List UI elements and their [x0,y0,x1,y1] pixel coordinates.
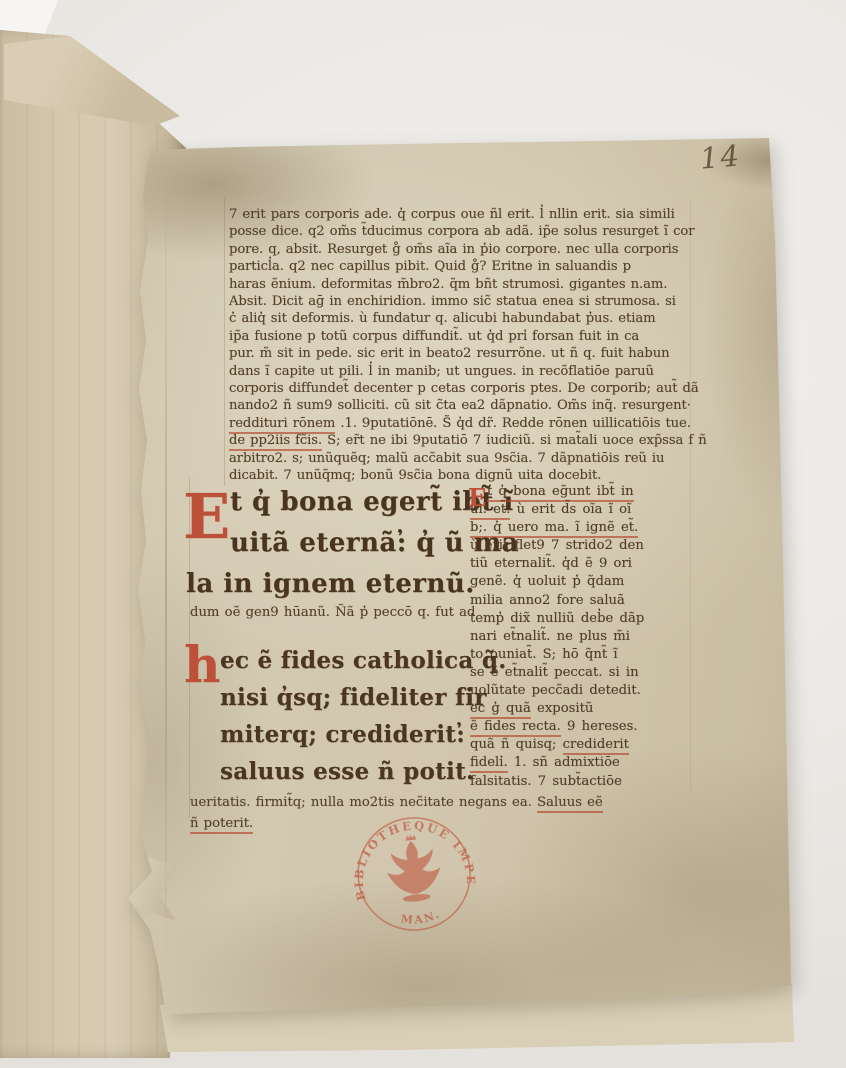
ruling-line-right [690,200,691,790]
parchment-leaf: 14 7 erit pars corporis ade. q̓ corpus o… [0,0,846,1068]
text-line: posse dice. q2 om̃s t̃ducimus corpora ab… [229,223,687,240]
text-line: falsitatis. 7 subt̃actiōe [470,773,690,791]
text-segment: 9 hereses. [561,719,638,734]
text-segment: expositũ [531,701,594,716]
text-line: t q̓ bona eg̃unt ibt̃ in [470,483,690,501]
rubricated-text-segment: de pp2iis fc̃is. [229,433,322,451]
text-line: ec ẽ fides catholica q̃. [186,642,486,679]
text-line: quã ñ quisq; crediderit [470,736,690,754]
display-script-block-2: ec ẽ fides catholica q̃.nisi q̓sq; fidel… [186,642,486,790]
text-segment: 1. sñ admixtiōe [508,755,620,770]
text-line: particl̓a. q2 nec capillus pibit. Quid g… [229,258,687,275]
text-line: c̓ aliq̓ sit deformis. ù fundatur q. ali… [229,310,687,327]
text-line: nando2 ñ sum9 solliciti. cũ sit c̃ta ea2… [229,397,687,414]
text-line: tiũ eternalit̃. q̓d ẽ 9 ori [470,555,690,573]
rubricated-text-segment: b;. q̓ uero ma. ĩ ignẽ et̃. [470,520,638,538]
text-line: ẽ fides recta. 9 hereses. [470,718,690,736]
gloss-column: t q̓ bona eg̃unt ibt̃ inui. et̃. ù erit … [470,483,690,791]
text-line: de pp2iis fc̃is. S; er̃t ne ibi 9putatiō… [229,432,687,449]
text-segment: ueritatis. firmit̃q; nulla mo2tis nec̃it… [190,795,537,810]
mid-width-text-line: dum oẽ gen9 hūanũ. Ñã p̓ peccō q. fut ad [190,604,480,622]
text-line: b;. q̓ uero ma. ĩ ignẽ et̃. [470,519,690,537]
rubricated-text-segment: ñ poterit. [190,816,253,834]
text-line: haras ẽnium. deformitas m̃bro2. q̃m bñt … [229,276,687,293]
main-text-block: 7 erit pars corporis ade. q̓ corpus oue … [229,206,687,485]
text-segment: .1. 9putatiōnē. S̃ q̓d dr̃. Redde rōnen … [335,416,691,431]
text-line: t q̓ bona egert̃ ibt̃ ĩ [186,482,486,523]
text-line: fideli̓. 1. sñ admixtiōe [470,754,690,772]
folio-number: 14 [699,138,743,175]
text-line: miterq; crediderit:̓ [186,716,486,753]
text-line: uolũtate pecc̃adi detedit. [470,682,690,700]
text-line: uitã eternã:̓ q̓ ũ ma [186,523,486,564]
display-script-block-1: t q̓ bona egert̃ ibt̃ ĩuitã eternã:̓ q̓ … [186,482,486,605]
rubricated-text-segment: t q̓ bona eg̃unt ibt̃ in [487,484,634,502]
text-segment: ù erit d̃s oĩa ĩ oĩ [510,502,631,517]
text-line: ui. et̃. ù erit d̃s oĩa ĩ oĩ [470,501,690,519]
left-edge-crease [165,180,167,980]
text-line: 7 erit pars corporis ade. q̓ corpus oue … [229,206,687,223]
text-line: pore. q, absit. Resurget g̊ om̃s aĩa in … [229,241,687,258]
ruling-line-left [224,198,225,486]
text-line: milia anno2 fore saluã [470,592,690,610]
torn-edge-flap [120,850,180,920]
text-line: nisi q̓sq; fideliter fir [186,679,486,716]
text-line: dum oẽ gen9 hūanũ. Ñã p̓ peccō q. fut ad [190,604,480,622]
rubricated-text-segment: Saluus eẽ [537,795,603,813]
text-line: genẽ. q̓ uoluit p̓ q̃dam [470,573,690,591]
imperial-eagle-icon [383,831,444,904]
rubricated-text-segment: ui. et̃. [470,502,510,520]
text-line: saluus esse ñ potit. [186,753,486,790]
library-stamp: BIBLIOTHEQUE IMPERIALE MAN. [340,803,488,943]
text-line: ec g̓ quã expositũ [470,700,690,718]
text-line: ù erit flet9 7 strido2 den [470,537,690,555]
manuscript-photo: 14 7 erit pars corporis ade. q̓ corpus o… [0,0,846,1068]
text-line: Absit. Dicit aḡ in enchiridion. immo sic… [229,293,687,310]
text-line: ip̃a fusione p totũ corpus diffundit̃. u… [229,328,687,345]
rubricated-text-segment: reddituri rōnem [229,416,335,434]
text-line: temp̓ dix̃ nulliũ deb̓e dãp [470,610,690,628]
parchment-surface: 14 7 erit pars corporis ade. q̓ corpus o… [0,0,846,1068]
rubricated-text-segment: crediderit [563,737,629,755]
text-line: arbitro2. s; unũquẽq; malũ acc̃abit sua … [229,450,687,467]
text-line: corporis diffundet̃ decenter p cetas cor… [229,380,687,397]
text-line: reddituri rōnem .1. 9putatiōnē. S̃ q̓d d… [229,415,687,432]
text-line: dans ĩ capite ut pili. l̓ in manib; ut u… [229,363,687,380]
text-segment: S; er̃t ne ibi 9putatiō 7 iudiciũ. si ma… [322,433,707,448]
text-line: pur. m̃ sit in pede. sic erit in beato2 … [229,345,687,362]
text-line: la in ignem eternũ. [186,564,486,605]
